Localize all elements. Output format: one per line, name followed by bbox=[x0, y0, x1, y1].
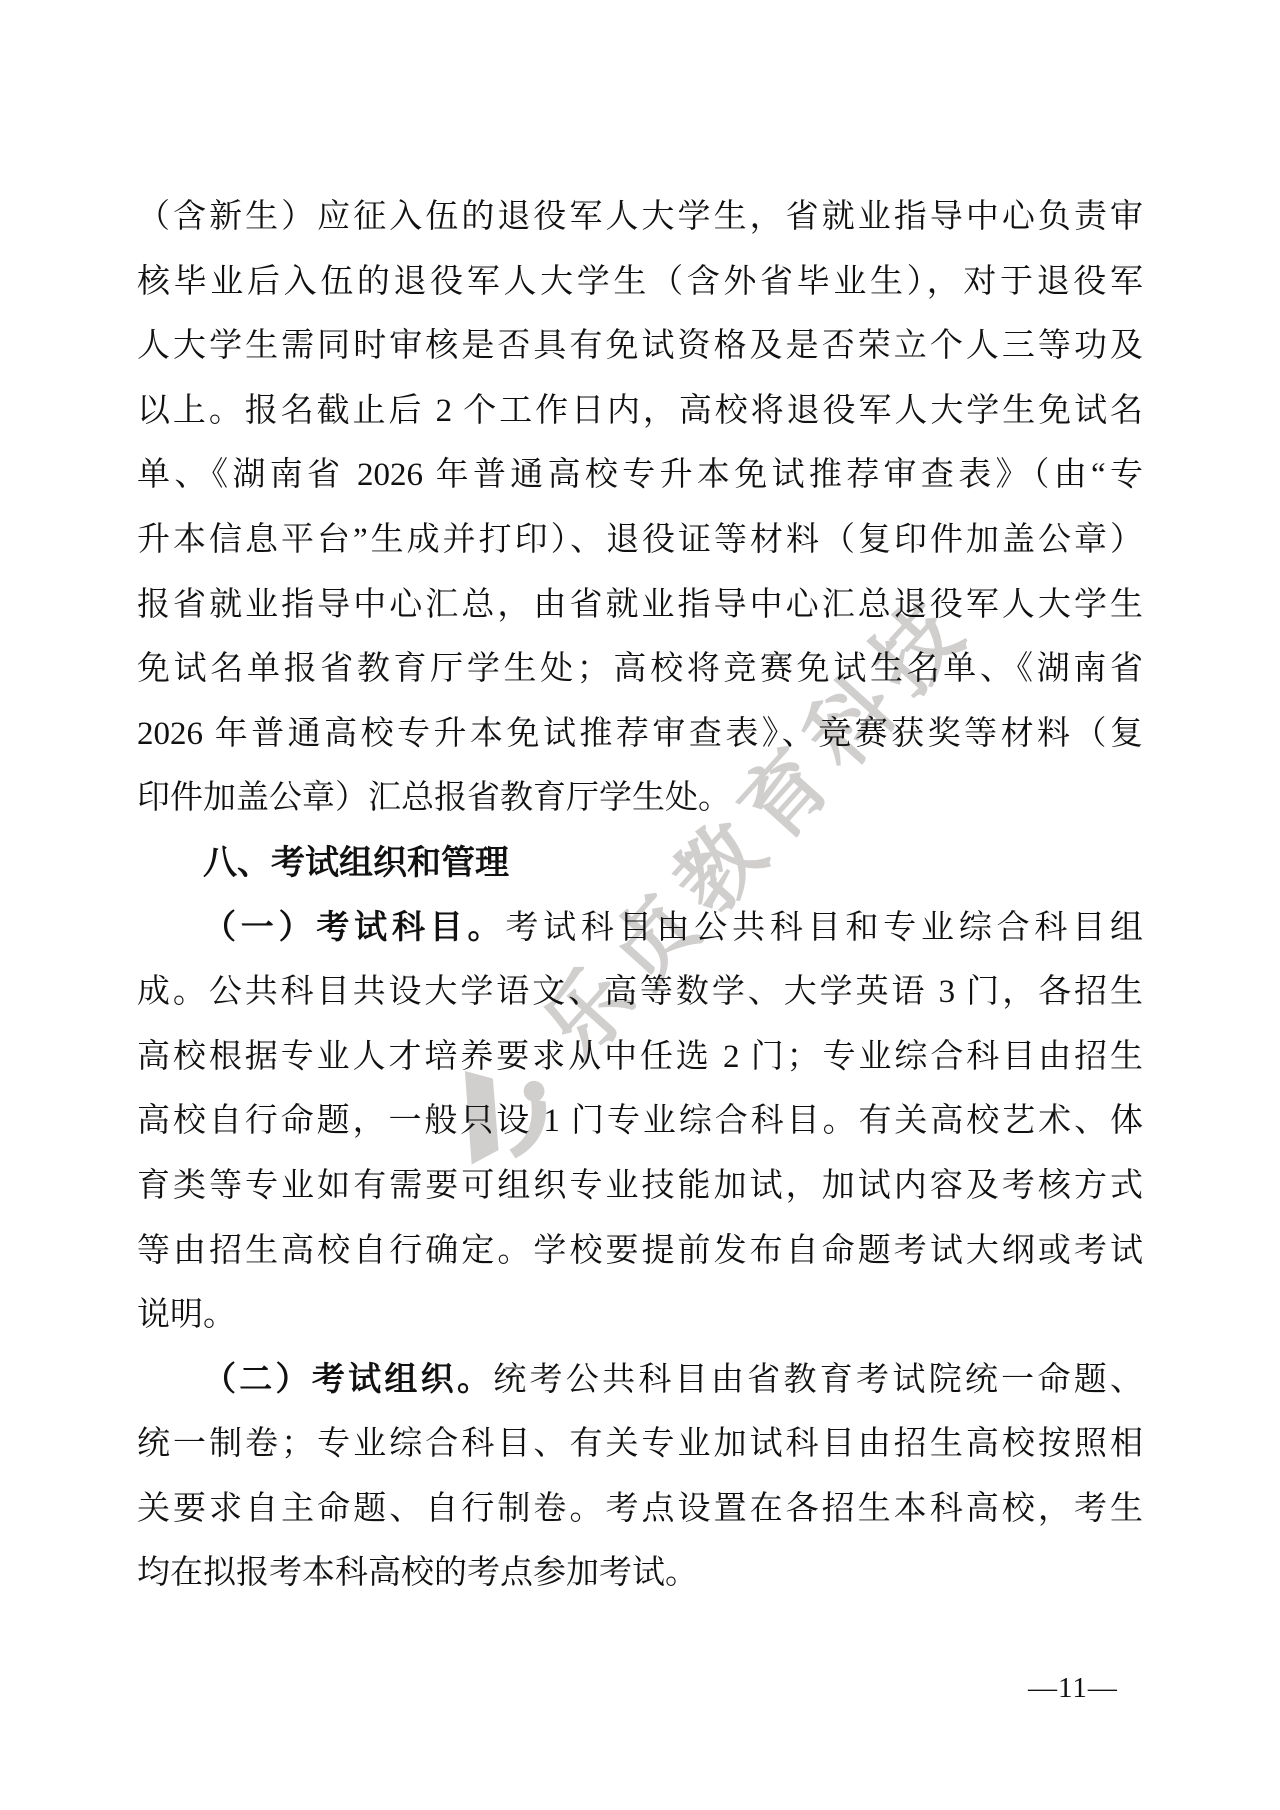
section-heading: 八、考试组织和管理 bbox=[137, 831, 1143, 896]
text-line: （一）考试科目。考试科目由公共科目和专业综合科目组 bbox=[137, 896, 1143, 961]
text-segment: 核毕业后入伍的退役军人大学生（含外省毕业生），对于退役军 bbox=[137, 264, 1143, 300]
text-line: 2026 年普通高校专升本免试推荐审查表》、竞赛获奖等材料（复 bbox=[137, 702, 1143, 767]
text-line: 核毕业后入伍的退役军人大学生（含外省毕业生），对于退役军 bbox=[137, 250, 1143, 315]
text-line: 成。公共科目共设大学语文、高等数学、大学英语 3 门，各招生 bbox=[137, 960, 1143, 1025]
text-segment: 均在拟报考本科高校的考点参加考试。 bbox=[137, 1555, 698, 1591]
text-segment: 人大学生需同时审核是否具有免试资格及是否荣立个人三等功及 bbox=[137, 328, 1143, 364]
text-segment: 统一制卷；专业综合科目、有关专业加试科目由招生高校按照相 bbox=[137, 1426, 1143, 1462]
text-segment: 2026 年普通高校专升本免试推荐审查表》、竞赛获奖等材料（复 bbox=[137, 716, 1143, 752]
text-segment: 印件加盖公章）汇总报省教育厅学生处。 bbox=[137, 780, 731, 816]
document-page: 乐贞教育科技 （含新生）应征入伍的退役军人大学生，省就业指导中心负责审核毕业后入… bbox=[0, 0, 1280, 1810]
text-segment: （含新生）应征入伍的退役军人大学生，省就业指导中心负责审 bbox=[137, 199, 1143, 235]
text-line: （二）考试组织。统考公共科目由省教育考试院统一命题、 bbox=[137, 1348, 1143, 1413]
text-segment: 单、《湖南省 2026 年普通高校专升本免试推荐审查表》（由“专 bbox=[137, 457, 1143, 493]
bold-lead-text: （二）考试组织。 bbox=[203, 1362, 493, 1398]
text-line: 人大学生需同时审核是否具有免试资格及是否荣立个人三等功及 bbox=[137, 314, 1143, 379]
text-line: 报省就业指导中心汇总，由省就业指导中心汇总退役军人大学生 bbox=[137, 573, 1143, 638]
text-segment: 以上。报名截止后 2 个工作日内，高校将退役军人大学生免试名 bbox=[137, 393, 1143, 429]
text-line: 单、《湖南省 2026 年普通高校专升本免试推荐审查表》（由“专 bbox=[137, 443, 1143, 508]
text-segment: 育类等专业如有需要可组织专业技能加试，加试内容及考核方式 bbox=[137, 1168, 1143, 1204]
text-line: 升本信息平台”生成并打印）、退役证等材料（复印件加盖公章） bbox=[137, 508, 1143, 573]
text-line: 以上。报名截止后 2 个工作日内，高校将退役军人大学生免试名 bbox=[137, 379, 1143, 444]
text-segment: 统考公共科目由省教育考试院统一命题、 bbox=[493, 1362, 1143, 1398]
bold-lead-text: （一）考试科目。 bbox=[203, 910, 505, 946]
text-line: （含新生）应征入伍的退役军人大学生，省就业指导中心负责审 bbox=[137, 185, 1143, 250]
text-segment: 关要求自主命题、自行制卷。考点设置在各招生本科高校，考生 bbox=[137, 1491, 1143, 1527]
document-body: （含新生）应征入伍的退役军人大学生，省就业指导中心负责审核毕业后入伍的退役军人大… bbox=[137, 185, 1143, 1606]
text-segment: 高校根据专业人才培养要求从中任选 2 门；专业综合科目由招生 bbox=[137, 1039, 1143, 1075]
text-segment: 八、考试组织和管理 bbox=[203, 844, 509, 882]
text-segment: 升本信息平台”生成并打印）、退役证等材料（复印件加盖公章） bbox=[137, 522, 1143, 558]
text-line: 统一制卷；专业综合科目、有关专业加试科目由招生高校按照相 bbox=[137, 1412, 1143, 1477]
text-line: 印件加盖公章）汇总报省教育厅学生处。 bbox=[137, 766, 1143, 831]
text-segment: 考试科目由公共科目和专业综合科目组 bbox=[505, 910, 1143, 946]
text-line: 关要求自主命题、自行制卷。考点设置在各招生本科高校，考生 bbox=[137, 1477, 1143, 1542]
text-line: 均在拟报考本科高校的考点参加考试。 bbox=[137, 1541, 1143, 1606]
text-line: 等由招生高校自行确定。学校要提前发布自命题考试大纲或考试 bbox=[137, 1219, 1143, 1284]
text-segment: 说明。 bbox=[137, 1297, 236, 1333]
text-line: 高校根据专业人才培养要求从中任选 2 门；专业综合科目由招生 bbox=[137, 1025, 1143, 1090]
text-segment: 等由招生高校自行确定。学校要提前发布自命题考试大纲或考试 bbox=[137, 1233, 1143, 1269]
text-line: 高校自行命题，一般只设 1 门专业综合科目。有关高校艺术、体 bbox=[137, 1089, 1143, 1154]
text-line: 免试名单报省教育厅学生处；高校将竞赛免试生名单、《湖南省 bbox=[137, 637, 1143, 702]
text-segment: 报省就业指导中心汇总，由省就业指导中心汇总退役军人大学生 bbox=[137, 587, 1143, 623]
text-segment: 成。公共科目共设大学语文、高等数学、大学英语 3 门，各招生 bbox=[137, 974, 1143, 1010]
text-line: 说明。 bbox=[137, 1283, 1143, 1348]
text-line: 育类等专业如有需要可组织专业技能加试，加试内容及考核方式 bbox=[137, 1154, 1143, 1219]
page-number: —11— bbox=[1028, 1672, 1118, 1705]
text-segment: 高校自行命题，一般只设 1 门专业综合科目。有关高校艺术、体 bbox=[137, 1103, 1143, 1139]
text-segment: 免试名单报省教育厅学生处；高校将竞赛免试生名单、《湖南省 bbox=[137, 651, 1143, 687]
